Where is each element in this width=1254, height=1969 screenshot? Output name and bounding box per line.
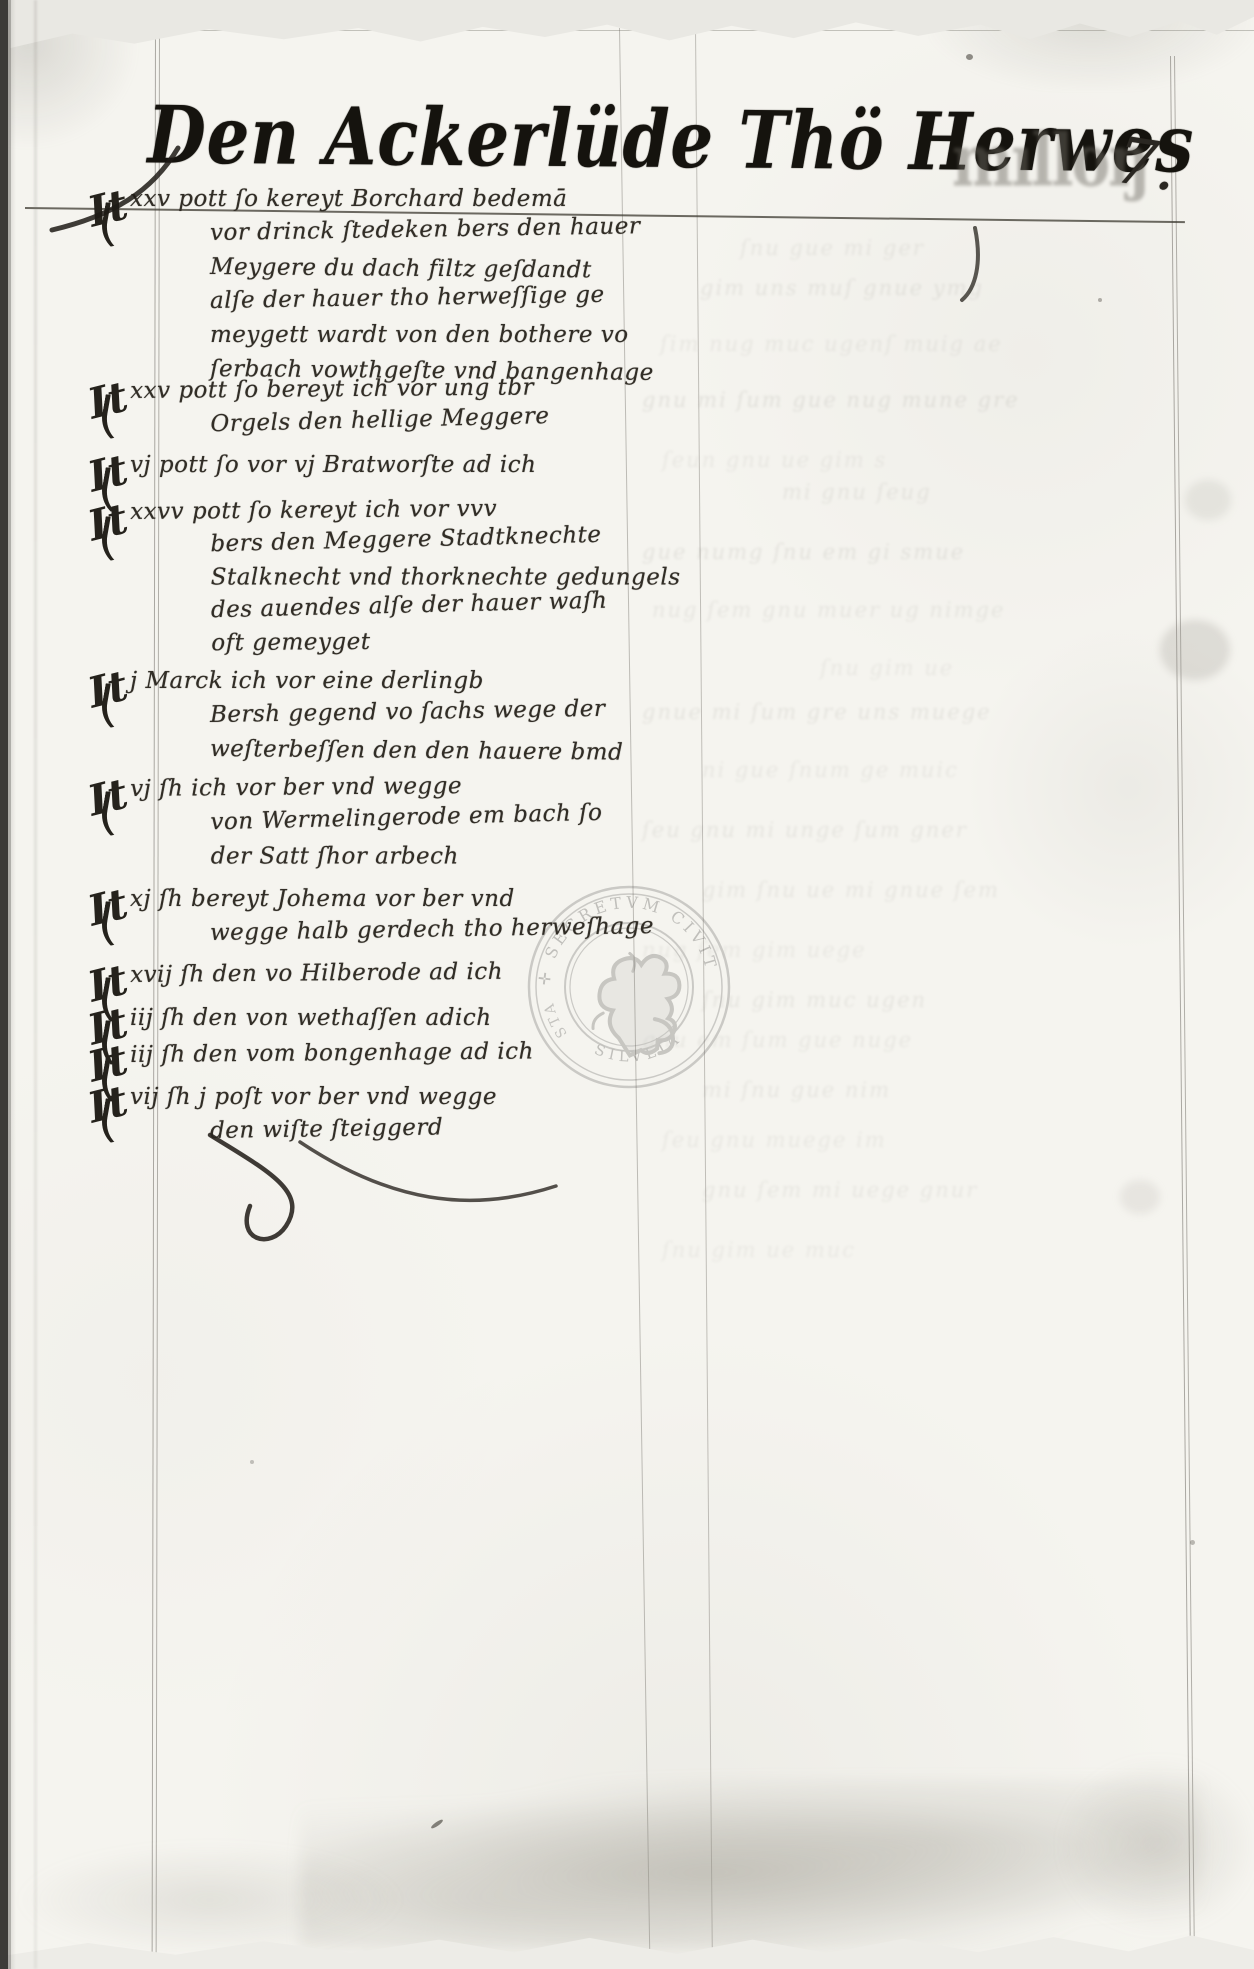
bleedthrough-line: ſeu gnu muege im bbox=[662, 1128, 887, 1152]
ink-speck bbox=[1190, 1540, 1195, 1545]
water-stain bbox=[1040, 1760, 1254, 1950]
entry-line: weſterbeſſen den den hauere bmd bbox=[210, 732, 690, 770]
ledger-entry: j Marck ich vor eine derlingb Bersh gege… bbox=[130, 664, 690, 766]
entry-line: oft gemeyget bbox=[211, 623, 691, 660]
bleedthrough-line: gim ſnu ue mi gnue ſem bbox=[702, 878, 1000, 902]
ink-speck bbox=[1098, 298, 1102, 302]
scan-edge-strip bbox=[0, 0, 16, 1969]
bleedthrough-line: gnue mi ſum gre uns muege bbox=[642, 700, 992, 724]
ledger-entry: xxvv pott ſo kereyt ich vor vvv bers den… bbox=[130, 491, 691, 661]
bleedthrough-line: ſim nug muc ugenſ muig ae bbox=[660, 332, 1003, 356]
closing-flourish-tail bbox=[300, 1142, 556, 1200]
fold-shadow bbox=[34, 0, 37, 1969]
paper-blotch bbox=[1185, 480, 1231, 520]
paper-blotch bbox=[1160, 620, 1230, 680]
bleedthrough-line: ni gue ſnum ge muic bbox=[702, 758, 959, 782]
right-margin-rule bbox=[1170, 56, 1191, 1960]
ledger-entry: iij ſh den von wethaſſen adich bbox=[130, 1001, 690, 1035]
entry-line: xvij ſh den vo Hilberode ad ich bbox=[130, 953, 690, 992]
entry-line: Bersh gegend vo ſachs wege der bbox=[210, 690, 690, 732]
closing-flourish bbox=[210, 1135, 292, 1239]
entry-line: wegge halb gerdech tho herweſhage bbox=[210, 908, 690, 950]
ledger-entry: vij ſh j poſt vor ber vnd wegge den wiſt… bbox=[130, 1080, 690, 1148]
entry-line: meygett wardt von den bothere vo bbox=[210, 318, 690, 352]
water-stain bbox=[300, 1780, 1200, 1950]
ledger-entry: vj pott ſo vor vj Bratworſte ad ich bbox=[130, 448, 690, 482]
entry-line: iij ſh den von wethaſſen adich bbox=[130, 1001, 690, 1035]
ink-speck bbox=[430, 1818, 444, 1829]
manuscript-page: ſnu gue mi ger gim uns muſ gnue ymg ſim … bbox=[0, 0, 1254, 1969]
bleedthrough-line: mi ſnu gue nim bbox=[702, 1078, 891, 1102]
bleedthrough-line: ſnu gue mi ger bbox=[740, 236, 925, 260]
entry-line: alſe der hauer tho herweſſige ge bbox=[210, 276, 690, 318]
bleedthrough-line: nug ſem gnu muer ug nimge bbox=[652, 598, 1005, 622]
ledger-entry: iij ſh den vom bongenhage ad ich bbox=[130, 1033, 690, 1072]
entry-line: iij ſh den vom bongenhage ad ich bbox=[130, 1033, 690, 1072]
paper-blotch bbox=[1120, 1180, 1160, 1214]
entry-line: der Satt ſhor arbech bbox=[211, 839, 691, 873]
ledger-entry: xj ſh bereyt Johema vor ber vnd wegge ha… bbox=[130, 882, 690, 950]
bleedthrough-line: mi gnu ſeug bbox=[782, 480, 932, 504]
bleedthrough-line: ſeun gnu ue gim s bbox=[662, 448, 887, 472]
entry-line: den wiſte ſteiggerd bbox=[210, 1106, 690, 1148]
ledger-entry: xxv pott ſo bereyt ich vor ung tbr Orgel… bbox=[130, 369, 691, 442]
bleedthrough-line: ſnu gim ue muc bbox=[662, 1238, 856, 1262]
entry-line: vj pott ſo vor vj Bratworſte ad ich bbox=[130, 448, 690, 482]
entry-line: vor drinck ſtedeken bers den hauer bbox=[210, 208, 690, 250]
ledger-entry: vj ſh ich vor ber vnd wegge von Wermelin… bbox=[130, 767, 691, 874]
bleedthrough-line: gnu ſem mi uege gnur bbox=[702, 1178, 978, 1202]
bleedthrough-line: ſnu gim ue bbox=[820, 656, 954, 680]
bleedthrough-line: ſeu gnu mi unge ſum gner bbox=[642, 818, 968, 842]
folio-mark: 7. bbox=[1111, 124, 1183, 207]
ledger-entry: xvij ſh den vo Hilberode ad ich bbox=[130, 953, 690, 992]
water-stain bbox=[0, 1840, 420, 1960]
ledger-entry: xxv pott ſo kereyt Borchard bedemā vor d… bbox=[130, 182, 690, 386]
ink-speck bbox=[250, 1460, 254, 1464]
torn-bottom-edge bbox=[0, 1927, 1254, 1969]
bleedthrough-line: gim uns muſ gnue ymg bbox=[700, 276, 984, 300]
